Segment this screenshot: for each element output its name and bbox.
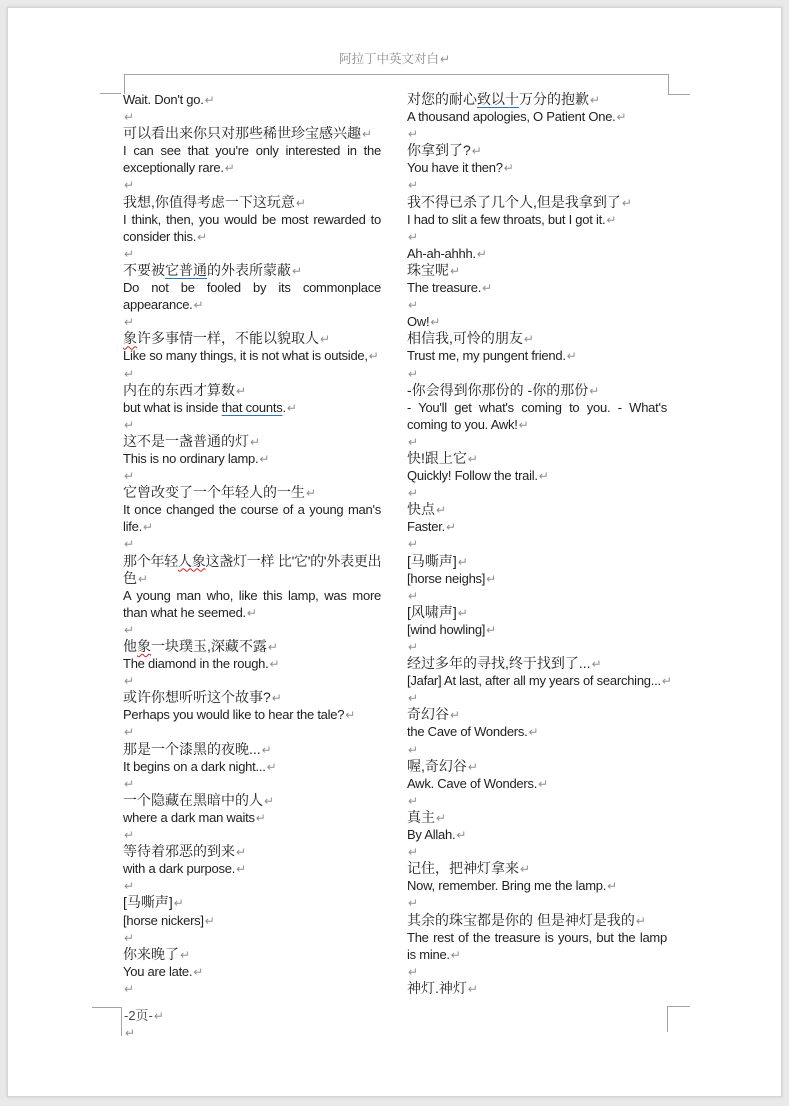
dialogue-line[interactable]: is mine.↵ (407, 946, 667, 963)
paragraph-mark-icon: ↵ (259, 452, 269, 466)
dialogue-line[interactable]: Like so many things, it is not what is o… (123, 347, 381, 364)
dialogue-line[interactable]: [风啸声]↵ (407, 604, 667, 621)
dialogue-line[interactable]: 其余的珠宝都是你的 但是神灯是我的↵ (407, 912, 667, 929)
text-run: [马嘶声] (407, 553, 457, 569)
paragraph-mark-icon: ↵ (408, 845, 418, 859)
dialogue-line[interactable]: Wait. Don't go.↵ (123, 91, 381, 108)
paragraph-mark-icon: ↵ (520, 862, 530, 876)
page-number-label: -2页- (124, 1008, 153, 1023)
dialogue-line[interactable]: 记住，把神灯拿来↵ (407, 860, 667, 877)
text-run: 经过多年的寻找,终于找到了... (407, 655, 591, 671)
text-run: 这不是一盏普通的灯 (123, 433, 249, 449)
text-run: 快!跟上它 (407, 450, 467, 466)
text-run: I can see that you're only interested in… (123, 143, 381, 158)
dialogue-line[interactable]: You are late.↵ (123, 963, 381, 980)
empty-paragraph-line[interactable]: ↵ (123, 245, 381, 262)
empty-paragraph-line[interactable]: ↵ (407, 843, 667, 860)
dialogue-line[interactable]: 那个年轻人象这盏灯一样 比'它'的'外表更出 (123, 553, 381, 570)
dialogue-line[interactable]: 那是一个漆黑的夜晚...↵ (123, 741, 381, 758)
text-run: [风啸声] (407, 604, 457, 620)
empty-paragraph-line[interactable]: ↵ (123, 621, 381, 638)
paragraph-mark-icon: ↵ (306, 486, 316, 500)
dialogue-line[interactable]: 色↵ (123, 570, 381, 587)
paragraph-mark-icon: ↵ (124, 982, 134, 996)
paragraph-mark-icon: ↵ (174, 896, 184, 910)
paragraph-mark-icon: ↵ (197, 230, 207, 244)
text-run: Ah-ah-ahhh. (407, 246, 476, 261)
empty-paragraph-line[interactable]: ↵ (123, 826, 381, 843)
text-run: but what is inside (123, 400, 222, 415)
text-run: the Cave of Wonders. (407, 724, 528, 739)
paragraph-mark-icon: ↵ (124, 623, 134, 637)
dialogue-line[interactable]: The treasure.↵ (407, 279, 667, 296)
empty-paragraph-line[interactable]: ↵ (407, 638, 667, 655)
empty-paragraph-line[interactable]: ↵ (123, 365, 381, 382)
paragraph-mark-icon: ↵ (622, 196, 632, 210)
paragraph-mark-icon: ↵ (538, 777, 548, 791)
text-run: Trust me, my pungent friend. (407, 348, 566, 363)
dialogue-line[interactable]: 可以看出来你只对那些稀世珍宝感兴趣↵ (123, 125, 381, 142)
text-run: exceptionally rare. (123, 160, 224, 175)
text-run: It once changed the course of a young ma… (123, 502, 381, 517)
text-run: 神灯.神灯 (407, 980, 467, 996)
text-run: with a dark purpose. (123, 861, 235, 876)
dialogue-line[interactable]: the Cave of Wonders.↵ (407, 723, 667, 740)
grammar-check-underline: that counts (222, 400, 283, 415)
text-run: Ow! (407, 314, 429, 329)
dialogue-line[interactable]: 我不得已杀了几个人,但是我拿到了↵ (407, 194, 667, 211)
text-run: 你来晚了 (123, 946, 179, 962)
dialogue-line[interactable]: I can see that you're only interested in… (123, 142, 381, 159)
paragraph-mark-icon: ↵ (458, 606, 468, 620)
paragraph-mark-icon: ↵ (124, 367, 134, 381)
text-run: [wind howling] (407, 622, 485, 637)
text-run: 真主 (407, 809, 435, 825)
paragraph-mark-icon: ↵ (436, 811, 446, 825)
paragraph-mark-icon: ↵ (408, 367, 418, 381)
text-run: It begins on a dark night... (123, 759, 266, 774)
paragraph-mark-icon: ↵ (468, 982, 478, 996)
text-run: 记住，把神灯拿来 (407, 860, 519, 876)
paragraph-mark-icon: ↵ (617, 110, 627, 124)
dialogue-line[interactable]: Trust me, my pungent friend.↵ (407, 347, 667, 364)
dialogue-line[interactable]: 经过多年的寻找,终于找到了...↵ (407, 655, 667, 672)
text-boundary-top-right-vertical (668, 74, 669, 95)
paragraph-mark-icon: ↵ (124, 537, 134, 551)
text-run: 许多事情一样，不能以貌取人 (137, 330, 319, 346)
text-run: 珠宝呢 (407, 262, 449, 278)
dialogue-line[interactable]: The rest of the treasure is yours, but t… (407, 929, 667, 946)
paragraph-mark-icon: ↵ (236, 384, 246, 398)
text-run: I had to slit a few throats, but I got i… (407, 212, 605, 227)
text-run: I think, then, you would be most rewarde… (123, 212, 381, 227)
paragraph-mark-icon: ↵ (590, 93, 600, 107)
text-run: -你会得到你那份的 -你的那份 (407, 382, 588, 398)
paragraph-mark-icon: ↵ (408, 965, 418, 979)
dialogue-line[interactable]: Do not be fooled by its commonplace (123, 279, 381, 296)
text-run: appearance. (123, 297, 193, 312)
text-run: 它曾改变了一个年轻人的一生 (123, 484, 305, 500)
empty-paragraph-line[interactable]: ↵ (123, 176, 381, 193)
text-run: 我想,你值得考虑一下这玩意 (123, 194, 295, 210)
empty-paragraph-line[interactable]: ↵ (407, 894, 667, 911)
paragraph-mark-icon: ↵ (124, 178, 134, 192)
document-footer[interactable]: -2页-↵ (124, 1008, 164, 1024)
dialogue-line[interactable]: 你拿到了?↵ (407, 142, 667, 159)
paragraph-mark-icon: ↵ (180, 948, 190, 962)
paragraph-mark-icon: ↵ (486, 572, 496, 586)
dialogue-line[interactable]: 不要被它普通的外表所蒙蔽↵ (123, 262, 381, 279)
paragraph-mark-icon: ↵ (256, 811, 266, 825)
dialogue-line[interactable]: It once changed the course of a young ma… (123, 501, 381, 518)
paragraph-mark-icon: ↵ (262, 743, 272, 757)
text-run: 这盏灯一样 比'它'的'外表更出 (205, 553, 381, 569)
dialogue-line[interactable]: Ow!↵ (407, 313, 667, 330)
dialogue-line[interactable]: 它曾改变了一个年轻人的一生↵ (123, 484, 381, 501)
text-run: 对您的耐心 (407, 91, 477, 107)
paragraph-mark-icon: ↵ (250, 435, 260, 449)
empty-paragraph-line[interactable]: ↵ (407, 125, 667, 142)
dialogue-line[interactable]: 对您的耐心致以十万分的抱歉↵ (407, 91, 667, 108)
dialogue-line[interactable]: 等待着邪恶的到来↵ (123, 843, 381, 860)
paragraph-mark-icon: ↵ (519, 418, 529, 432)
text-run: - You'll get what's coming to you. - Wha… (407, 400, 667, 415)
paragraph-mark-icon: ↵ (124, 879, 134, 893)
text-run: Awk. Cave of Wonders. (407, 776, 537, 791)
application-canvas: 阿拉丁中英文对白↵ Wait. Don't go.↵↵可以看出来你只对那些稀世珍… (0, 0, 789, 1106)
text-run: 一块璞玉,深藏不露 (151, 638, 267, 654)
paragraph-mark-icon: ↵ (124, 828, 134, 842)
dialogue-line[interactable]: 你来晚了↵ (123, 946, 381, 963)
text-run: 那个年轻 (123, 553, 178, 569)
document-header[interactable]: 阿拉丁中英文对白↵ (8, 51, 781, 67)
paragraph-mark-icon: ↵ (268, 640, 278, 654)
dialogue-line[interactable]: exceptionally rare.↵ (123, 159, 381, 176)
dialogue-line[interactable]: 我想,你值得考虑一下这玩意↵ (123, 194, 381, 211)
right-text-column[interactable]: 对您的耐心致以十万分的抱歉↵A thousand apologies, O Pa… (407, 91, 667, 997)
text-run: than what he seemed. (123, 605, 246, 620)
dialogue-line[interactable]: 象许多事情一样，不能以貌取人↵ (123, 330, 381, 347)
paragraph-mark-icon: ↵ (124, 315, 134, 329)
text-run: 色 (123, 570, 137, 586)
empty-paragraph-line[interactable]: ↵ (407, 587, 667, 604)
dialogue-line[interactable]: Ah-ah-ahhh.↵ (407, 245, 667, 262)
dialogue-line[interactable]: A young man who, like this lamp, was mor… (123, 587, 381, 604)
dialogue-line[interactable]: life.↵ (123, 518, 381, 535)
empty-paragraph-line[interactable]: ↵ (407, 433, 667, 450)
dialogue-line[interactable]: 内在的东西才算数↵ (123, 382, 381, 399)
text-run: [horse neighs] (407, 571, 485, 586)
text-run: Now, remember. Bring me the lamp. (407, 878, 606, 893)
document-page[interactable]: 阿拉丁中英文对白↵ Wait. Don't go.↵↵可以看出来你只对那些稀世珍… (7, 7, 782, 1097)
dialogue-line[interactable]: Perhaps you would like to hear the tale?… (123, 706, 381, 723)
text-run: 万分的抱歉 (519, 91, 589, 107)
paragraph-mark-icon: ↵ (236, 862, 246, 876)
dialogue-line[interactable]: [马嘶声]↵ (123, 894, 381, 911)
text-run: 可以看出来你只对那些稀世珍宝感兴趣 (123, 125, 361, 141)
paragraph-mark-icon: ↵ (529, 725, 539, 739)
text-run: where a dark man waits (123, 810, 255, 825)
text-boundary-top-right-horizontal (668, 94, 690, 95)
dialogue-line[interactable]: The diamond in the rough.↵ (123, 655, 381, 672)
paragraph-mark-icon: ↵ (482, 281, 492, 295)
text-run: . (282, 400, 285, 415)
text-run: You are late. (123, 964, 192, 979)
empty-paragraph-line[interactable]: ↵ (407, 963, 667, 980)
dialogue-line[interactable]: consider this.↵ (123, 228, 381, 245)
paragraph-mark-icon: ↵ (124, 725, 134, 739)
paragraph-mark-icon: ↵ (636, 914, 646, 928)
dialogue-line[interactable]: Now, remember. Bring me the lamp.↵ (407, 877, 667, 894)
text-boundary-bottom-right-vertical (667, 1006, 668, 1032)
empty-paragraph-line[interactable]: ↵ (123, 467, 381, 484)
paragraph-mark-icon: ↵ (408, 640, 418, 654)
paragraph-mark-icon: ↵ (205, 914, 215, 928)
paragraph-mark-icon: ↵ (138, 572, 148, 586)
dialogue-line[interactable]: coming to you. Awk!↵ (407, 416, 667, 433)
paragraph-mark-icon: ↵ (408, 743, 418, 757)
paragraph-mark-icon: ↵ (408, 230, 418, 244)
header-bottom-border (124, 74, 669, 75)
paragraph-mark-icon: ↵ (264, 794, 274, 808)
text-run: [马嘶声] (123, 894, 173, 910)
text-run: 一个隐藏在黑暗中的人 (123, 792, 263, 808)
paragraph-mark-icon: ↵ (287, 401, 297, 415)
dialogue-line[interactable]: Quickly! Follow the trail.↵ (407, 467, 667, 484)
dialogue-line[interactable]: 一个隐藏在黑暗中的人↵ (123, 792, 381, 809)
paragraph-mark-icon: ↵ (524, 332, 534, 346)
text-run: Perhaps you would like to hear the tale? (123, 707, 344, 722)
paragraph-mark-icon: ↵ (504, 161, 514, 175)
paragraph-mark-icon: ↵ (124, 777, 134, 791)
text-run: You have it then? (407, 160, 503, 175)
paragraph-mark-icon: ↵ (124, 247, 134, 261)
paragraph-mark-icon: ↵ (267, 760, 277, 774)
empty-paragraph-line[interactable]: ↵ (123, 775, 381, 792)
paragraph-mark-icon: ↵ (539, 469, 549, 483)
empty-paragraph-line[interactable]: ↵ (123, 313, 381, 330)
dialogue-line[interactable]: where a dark man waits↵ (123, 809, 381, 826)
grammar-check-underline: 它普通 (165, 262, 207, 278)
dialogue-line[interactable]: 珠宝呢↵ (407, 262, 667, 279)
paragraph-mark-icon: ↵ (458, 555, 468, 569)
text-run: A young man who, like this lamp, was mor… (123, 588, 381, 603)
paragraph-mark-icon: ↵ (362, 127, 372, 141)
dialogue-line[interactable]: A thousand apologies, O Patient One.↵ (407, 108, 667, 125)
paragraph-mark-icon: ↵ (247, 606, 257, 620)
left-text-column[interactable]: Wait. Don't go.↵↵可以看出来你只对那些稀世珍宝感兴趣↵I can… (123, 91, 381, 997)
text-run: coming to you. Awk! (407, 417, 518, 432)
paragraph-mark-icon: ↵ (450, 708, 460, 722)
text-run: By Allah. (407, 827, 455, 842)
paragraph-mark-icon: ↵ (477, 247, 487, 261)
text-run: 或许你想听听这个故事? (123, 689, 271, 705)
spelling-check-underline: 象 (123, 330, 137, 346)
paragraph-mark-icon: ↵ (292, 264, 302, 278)
paragraph-mark-icon: ↵ (369, 349, 379, 363)
paragraph-mark-icon: ↵ (408, 589, 418, 603)
empty-paragraph-line[interactable]: ↵ (407, 296, 667, 313)
grammar-check-underline: 致以十 (477, 91, 519, 107)
paragraph-mark-icon: ↵ (606, 213, 616, 227)
paragraph-mark-icon: ↵ (270, 657, 280, 671)
empty-paragraph-line[interactable]: ↵ (407, 689, 667, 706)
empty-paragraph-line[interactable]: ↵ (123, 108, 381, 125)
text-run: This is no ordinary lamp. (123, 451, 258, 466)
text-run: consider this. (123, 229, 196, 244)
empty-paragraph-line[interactable]: ↵ (407, 228, 667, 245)
text-run: The treasure. (407, 280, 481, 295)
paragraph-mark-icon: ↵ (124, 674, 134, 688)
paragraph-mark-icon: ↵ (446, 520, 456, 534)
text-run: life. (123, 519, 142, 534)
paragraph-mark-icon: ↵ (468, 760, 478, 774)
paragraph-mark-icon: ↵ (408, 435, 418, 449)
dialogue-line[interactable]: You have it then?↵ (407, 159, 667, 176)
paragraph-mark-icon: ↵ (125, 1026, 135, 1040)
text-run: Quickly! Follow the trail. (407, 468, 538, 483)
dialogue-line[interactable]: with a dark purpose.↵ (123, 860, 381, 877)
dialogue-line[interactable]: 他象一块璞玉,深藏不露↵ (123, 638, 381, 655)
text-run: 不要被 (123, 262, 165, 278)
text-run: 其余的珠宝都是你的 但是神灯是我的 (407, 912, 635, 928)
dialogue-line[interactable]: It begins on a dark night...↵ (123, 758, 381, 775)
paragraph-mark-icon: ↵ (430, 315, 440, 329)
dialogue-line[interactable]: than what he seemed.↵ (123, 604, 381, 621)
paragraph-mark-icon: ↵ (440, 52, 450, 66)
dialogue-line[interactable]: Awk. Cave of Wonders.↵ (407, 775, 667, 792)
dialogue-line[interactable]: appearance.↵ (123, 296, 381, 313)
dialogue-line[interactable]: Faster.↵ (407, 518, 667, 535)
empty-paragraph-line[interactable]: ↵ (123, 877, 381, 894)
text-run: 我不得已杀了几个人,但是我拿到了 (407, 194, 621, 210)
text-run: 等待着邪恶的到来 (123, 843, 235, 859)
paragraph-mark-icon: ↵ (436, 503, 446, 517)
empty-paragraph-line[interactable]: ↵ (407, 365, 667, 382)
paragraph-mark-icon: ↵ (320, 332, 330, 346)
paragraph-mark-icon: ↵ (662, 674, 672, 688)
empty-paragraph-line[interactable]: ↵ (123, 723, 381, 740)
paragraph-mark-icon: ↵ (193, 965, 203, 979)
dialogue-line[interactable]: [horse nickers]↵ (123, 912, 381, 929)
dialogue-line[interactable]: I think, then, you would be most rewarde… (123, 211, 381, 228)
paragraph-mark-icon: ↵ (124, 931, 134, 945)
dialogue-line[interactable]: By Allah.↵ (407, 826, 667, 843)
dialogue-line[interactable]: 快!跟上它↵ (407, 450, 667, 467)
text-run: 相信我,可怜的朋友 (407, 330, 523, 346)
paragraph-mark-icon: ↵ (124, 418, 134, 432)
dialogue-line[interactable]: 相信我,可怜的朋友↵ (407, 330, 667, 347)
footer-empty-paragraph[interactable]: ↵ (124, 1025, 135, 1041)
empty-paragraph-line[interactable]: ↵ (407, 176, 667, 193)
paragraph-mark-icon: ↵ (408, 794, 418, 808)
dialogue-line[interactable]: [Jafar] At last, after all my years of s… (407, 672, 667, 689)
paragraph-mark-icon: ↵ (451, 948, 461, 962)
dialogue-line[interactable]: 快点↵ (407, 501, 667, 518)
dialogue-line[interactable]: 奇幻谷↵ (407, 706, 667, 723)
paragraph-mark-icon: ↵ (296, 196, 306, 210)
paragraph-mark-icon: ↵ (607, 879, 617, 893)
empty-paragraph-line[interactable]: ↵ (407, 792, 667, 809)
paragraph-mark-icon: ↵ (450, 264, 460, 278)
paragraph-mark-icon: ↵ (194, 298, 204, 312)
dialogue-line[interactable]: [马嘶声]↵ (407, 553, 667, 570)
paragraph-mark-icon: ↵ (468, 452, 478, 466)
text-run: 奇幻谷 (407, 706, 449, 722)
dialogue-line[interactable]: 神灯.神灯↵ (407, 980, 667, 997)
header-title-text: 阿拉丁中英文对白 (339, 52, 439, 66)
spelling-check-underline: 象 (137, 638, 151, 654)
paragraph-mark-icon: ↵ (205, 93, 215, 107)
text-run: 快点 (407, 501, 435, 517)
dialogue-line[interactable]: 真主↵ (407, 809, 667, 826)
text-run: Faster. (407, 519, 445, 534)
dialogue-line[interactable]: 或许你想听听这个故事?↵ (123, 689, 381, 706)
empty-paragraph-line[interactable]: ↵ (123, 416, 381, 433)
text-run: Wait. Don't go. (123, 92, 204, 107)
empty-paragraph-line[interactable]: ↵ (123, 980, 381, 997)
text-boundary-bottom-right-horizontal (667, 1006, 690, 1007)
paragraph-mark-icon: ↵ (408, 486, 418, 500)
text-run: The rest of the treasure is yours, but t… (407, 930, 667, 945)
paragraph-mark-icon: ↵ (567, 349, 577, 363)
paragraph-mark-icon: ↵ (408, 537, 418, 551)
paragraph-mark-icon: ↵ (456, 828, 466, 842)
text-run: is mine. (407, 947, 450, 962)
paragraph-mark-icon: ↵ (592, 657, 602, 671)
text-run: [horse nickers] (123, 913, 204, 928)
paragraph-mark-icon: ↵ (143, 520, 153, 534)
text-run: Like so many things, it is not what is o… (123, 348, 368, 363)
text-run: 你拿到了? (407, 142, 471, 158)
empty-paragraph-line[interactable]: ↵ (123, 535, 381, 552)
text-run: 喔,奇幻谷 (407, 758, 467, 774)
dialogue-line[interactable]: [horse neighs]↵ (407, 570, 667, 587)
dialogue-line[interactable]: [wind howling]↵ (407, 621, 667, 638)
text-run: 的外表所蒙蔽 (207, 262, 291, 278)
text-run: [Jafar] At last, after all my years of s… (407, 673, 661, 688)
paragraph-mark-icon: ↵ (408, 298, 418, 312)
empty-paragraph-line[interactable]: ↵ (123, 929, 381, 946)
paragraph-mark-icon: ↵ (408, 691, 418, 705)
empty-paragraph-line[interactable]: ↵ (407, 741, 667, 758)
paragraph-mark-icon: ↵ (408, 178, 418, 192)
dialogue-line[interactable]: I had to slit a few throats, but I got i… (407, 211, 667, 228)
paragraph-mark-icon: ↵ (408, 896, 418, 910)
text-run: A thousand apologies, O Patient One. (407, 109, 616, 124)
paragraph-mark-icon: ↵ (472, 144, 482, 158)
dialogue-line[interactable]: but what is inside that counts.↵ (123, 399, 381, 416)
paragraph-mark-icon: ↵ (272, 691, 282, 705)
empty-paragraph-line[interactable]: ↵ (407, 535, 667, 552)
spelling-check-underline: 人象 (178, 553, 206, 569)
paragraph-mark-icon: ↵ (124, 469, 134, 483)
dialogue-line[interactable]: - You'll get what's coming to you. - Wha… (407, 399, 667, 416)
empty-paragraph-line[interactable]: ↵ (407, 484, 667, 501)
dialogue-line[interactable]: -你会得到你那份的 -你的那份↵ (407, 382, 667, 399)
text-boundary-bottom-left-horizontal (92, 1007, 122, 1008)
paragraph-mark-icon: ↵ (124, 110, 134, 124)
text-run: The diamond in the rough. (123, 656, 269, 671)
paragraph-mark-icon: ↵ (589, 384, 599, 398)
empty-paragraph-line[interactable]: ↵ (123, 672, 381, 689)
text-boundary-top-left-horizontal (100, 93, 121, 94)
dialogue-line[interactable]: 这不是一盏普通的灯↵ (123, 433, 381, 450)
dialogue-line[interactable]: 喔,奇幻谷↵ (407, 758, 667, 775)
paragraph-mark-icon: ↵ (154, 1009, 164, 1023)
dialogue-line[interactable]: This is no ordinary lamp.↵ (123, 450, 381, 467)
paragraph-mark-icon: ↵ (236, 845, 246, 859)
